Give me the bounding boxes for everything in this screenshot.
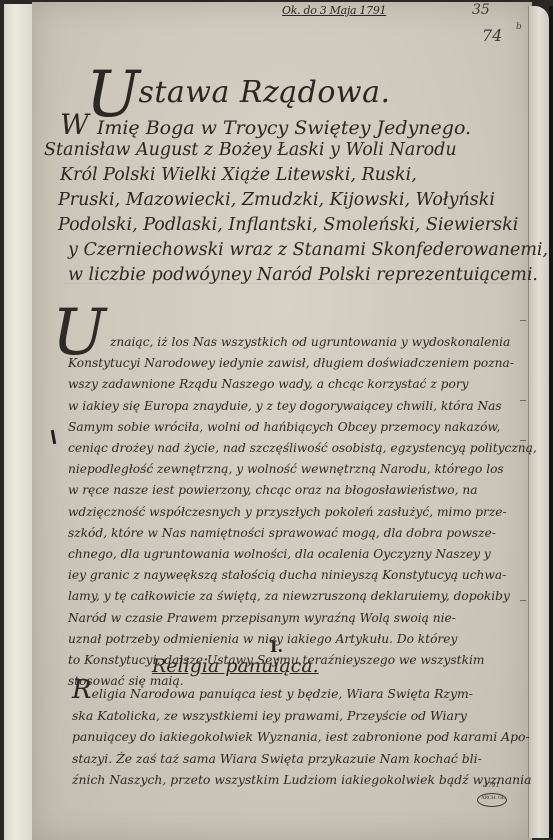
preamble-line: chnego, dla ugruntowania wolności, dla o… [68,544,537,565]
title-text: stawa Rządowa. [138,75,390,110]
preamble-line: Naród w czasie Prawem przepisanym wyraźn… [68,608,537,629]
preamble-line: w iakiey się Europa znayduie, y z tey do… [68,396,537,417]
preamble-line: w ręce nasze iest powierzony, chcąc oraz… [68,480,537,501]
document-title: Ustawa Rządowa. [86,44,391,118]
margin-tick [520,600,526,601]
preamble-line: Samym sobie wróciła, wolni od hańbiących… [68,417,537,438]
article-text: Religia Narodowa panuiąca iest y będzie,… [72,680,531,791]
stamp-year: 1791 [484,782,499,789]
margin-tick [520,440,526,441]
margin-tick [520,320,526,321]
article-line: stazyi. Że zaś taż sama Wiara Swięta prz… [72,748,531,770]
divider [64,283,514,284]
article-line: panuiącey do iakiegokolwiek Wyznania, ie… [72,726,531,748]
article-line: Religia Narodowa panuiąca iest y będzie,… [72,680,531,705]
preamble-line: niepodległość zewnętrzną, y wolność wewn… [68,459,537,480]
article-line: ska Katolicka, ze wszystkiemi iey prawam… [72,705,531,727]
preamble-line: iey granic z nayweększą stałością ducha … [68,565,537,586]
margin-tick [520,400,526,401]
preamble-line: wszy zadawnione Rządu Naszego wady, a ch… [68,374,537,395]
article-initial: R [72,675,92,705]
archive-reference: Ok. do 3 Maja 1791 [282,4,386,17]
folio-number: 74 [482,26,502,45]
preamble-line: ceniąc drożey nad życie, nad szczęśliwoś… [68,438,537,459]
preamble-line: uznał potrzeby odmienienia w niey iakieg… [68,629,537,650]
preamble-line: szkód, które w Nas namiętności sprawować… [68,523,537,544]
royal-intitulatio: Stanisław August z Bożey Łaski y Woli Na… [44,138,548,288]
article-line: źnich Naszych, przeto wszystkim Ludziom … [72,769,531,791]
preamble-text: znaiąc, iż los Nas wszystkich od ugrunto… [68,332,537,692]
folio-side-mark: b [516,22,522,32]
article-title: Religia panuiąca. [152,655,319,677]
article-number: I. [270,637,283,656]
intitulatio-line: Podolski, Podlaski, Inflantski, Smoleńsk… [44,213,548,238]
intitulatio-line: Król Polski Wielki Xiąże Litewski, Ruski… [44,163,548,188]
invocation: W Imię Boga w Troycy Swiętey Jedynego. [60,108,471,141]
preamble-line: wdzięczność współczesnych y przyszłych p… [68,502,537,523]
stamp-text: ARCH. GŁ. [481,795,506,801]
preamble-line: znaiąc, iż los Nas wszystkich od ugrunto… [68,332,537,353]
intitulatio-line: y Czerniechowski wraz z Stanami Skonfede… [44,238,548,263]
invocation-text: Imię Boga w Troycy Swiętey Jedynego. [97,117,471,139]
invocation-initial: W [60,108,89,141]
intitulatio-line: Pruski, Mazowiecki, Zmudzki, Kijowski, W… [44,188,548,213]
archive-mark: 35 [472,2,490,18]
preamble-line: Konstytucyi Narodowey iedynie zawisł, dł… [68,353,537,374]
preamble-line: lamy, y tę całkowicie za świętą, za niew… [68,586,537,607]
binding-strip [4,4,33,840]
manuscript-scan: Ok. do 3 Maja 1791 35 74 b Ustawa Rządow… [0,0,553,840]
intitulatio-line: Stanisław August z Bożey Łaski y Woli Na… [44,138,548,163]
intitulatio-line: w liczbie podwóyney Naród Polski repreze… [44,263,548,288]
